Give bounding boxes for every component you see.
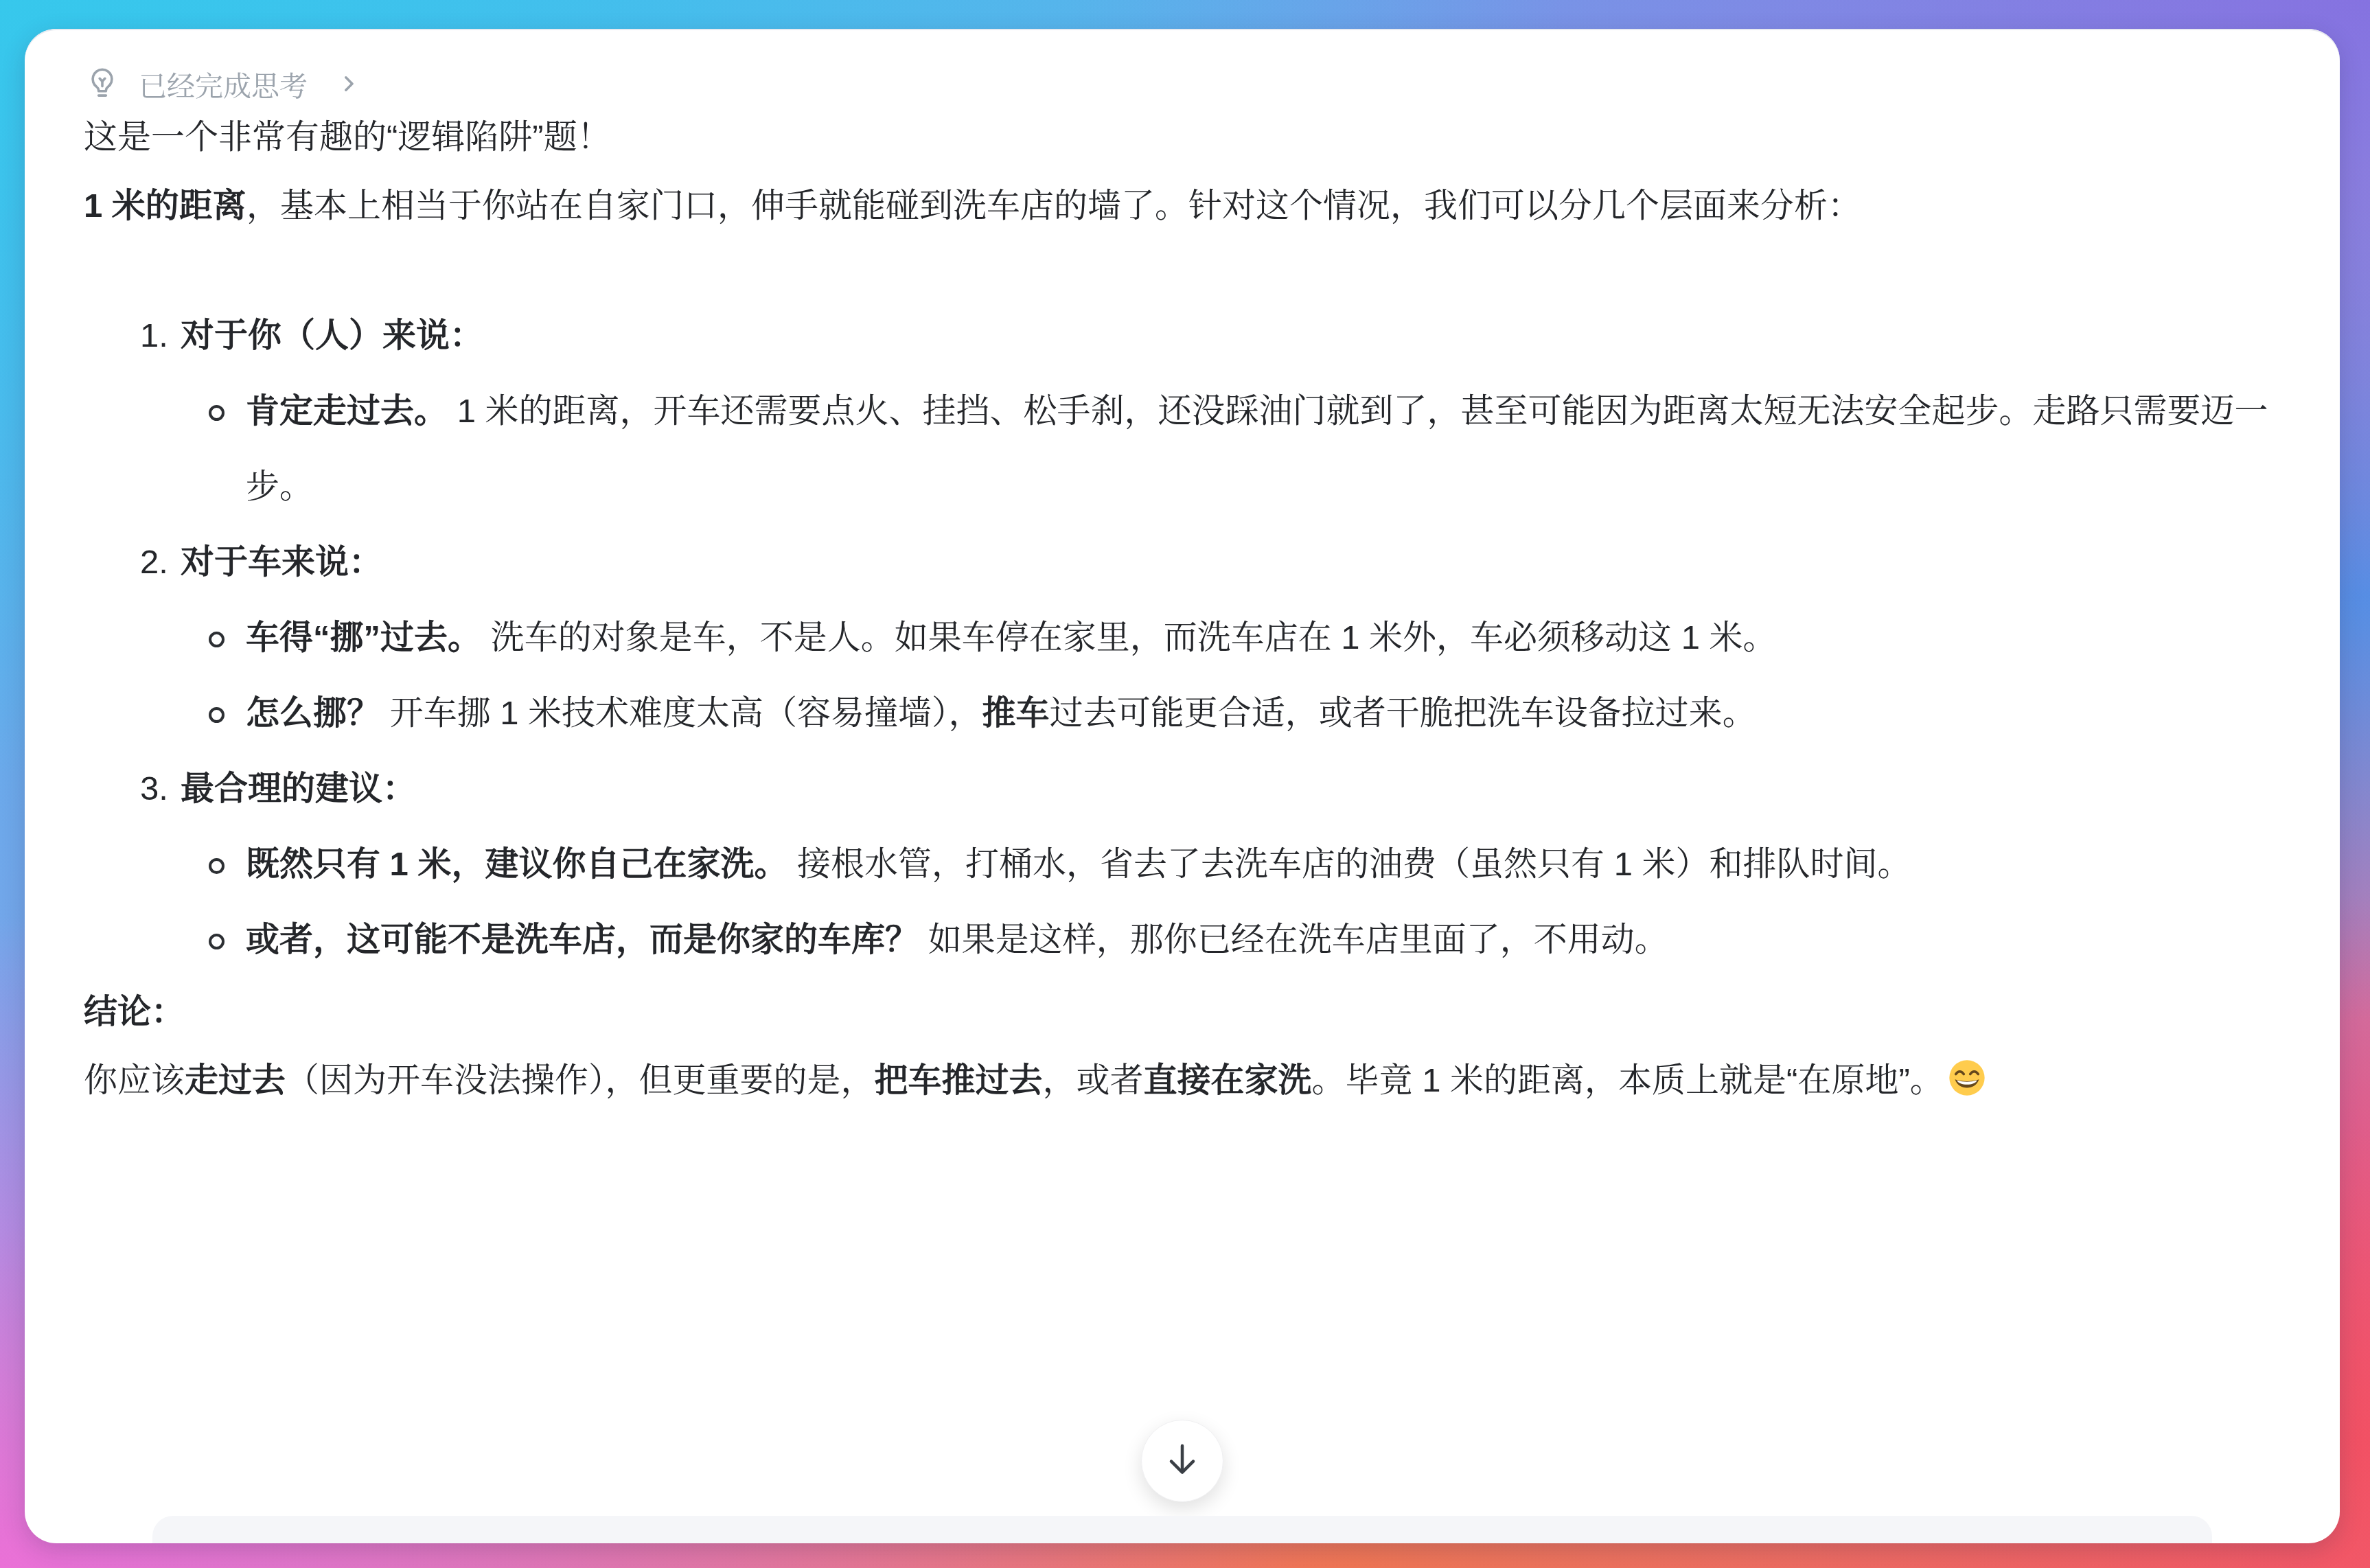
analysis-bullet: 既然只有 1 米，建议你自己在家洗。 接根水管，打桶水，省去了去洗车店的油费（虽… bbox=[207, 827, 2279, 902]
message-content: 已经完成思考 这是一个非常有趣的“逻辑陷阱”题！ 1 米的距离，基本上相当于你站… bbox=[25, 29, 2340, 1115]
assistant-message-card: 已经完成思考 这是一个非常有趣的“逻辑陷阱”题！ 1 米的距离，基本上相当于你站… bbox=[25, 29, 2340, 1543]
conclusion-paragraph: 你应该走过去（因为开车没法操作），但更重要的是，把车推过去，或者直接在家洗。毕竟… bbox=[84, 1046, 2279, 1115]
analysis-sublist: 车得“挪”过去。 洗车的对象是车，不是人。如果车停在家里，而洗车店在 1 米外，… bbox=[140, 600, 2279, 751]
analysis-item-heading: 对于车来说： bbox=[181, 544, 382, 581]
list-number: 1. bbox=[140, 298, 168, 373]
analysis-sublist: 肯定走过去。 1 米的距离，开车还需要点火、挂挡、松手刹，还没踩油门就到了，甚至… bbox=[140, 373, 2279, 524]
chevron-right-icon bbox=[335, 70, 363, 97]
analysis-list: 1.对于你（人）来说：肯定走过去。 1 米的距离，开车还需要点火、挂挡、松手刹，… bbox=[84, 298, 2279, 978]
analysis-bullet: 肯定走过去。 1 米的距离，开车还需要点火、挂挡、松手刹，还没踩油门就到了，甚至… bbox=[207, 373, 2279, 524]
list-number: 2. bbox=[140, 524, 168, 600]
analysis-item: 3.最合理的建议：既然只有 1 米，建议你自己在家洗。 接根水管，打桶水，省去了… bbox=[140, 751, 2279, 978]
intro-paragraph: 这是一个非常有趣的“逻辑陷阱”题！ bbox=[84, 103, 2279, 172]
analysis-sublist: 既然只有 1 米，建议你自己在家洗。 接根水管，打桶水，省去了去洗车店的油费（虽… bbox=[140, 827, 2279, 978]
conclusion-heading: 结论： bbox=[84, 978, 2279, 1046]
analysis-item-heading: 对于你（人）来说： bbox=[181, 317, 483, 354]
chat-page: { "thinking_header": { "label": "已经完成思考"… bbox=[0, 0, 2370, 1568]
thinking-status-toggle[interactable]: 已经完成思考 bbox=[84, 65, 363, 103]
grinning-face-emoji bbox=[1948, 1059, 1986, 1097]
analysis-item: 1.对于你（人）来说：肯定走过去。 1 米的距离，开车还需要点火、挂挡、松手刹，… bbox=[140, 298, 2279, 524]
setup-paragraph: 1 米的距离，基本上相当于你站在自家门口，伸手就能碰到洗车店的墙了。针对这个情况… bbox=[84, 172, 2279, 240]
scroll-to-bottom-button[interactable] bbox=[1141, 1420, 1223, 1502]
analysis-item-heading: 最合理的建议： bbox=[181, 770, 416, 807]
analysis-item: 2.对于车来说：车得“挪”过去。 洗车的对象是车，不是人。如果车停在家里，而洗车… bbox=[140, 524, 2279, 751]
analysis-bullet: 或者，这可能不是洗车店，而是你家的车库？ 如果是这样，那你已经在洗车店里面了，不… bbox=[207, 902, 2279, 978]
analysis-bullet: 怎么挪？ 开车挪 1 米技术难度太高（容易撞墙），推车过去可能更合适，或者干脆把… bbox=[207, 676, 2279, 751]
analysis-bullet: 车得“挪”过去。 洗车的对象是车，不是人。如果车停在家里，而洗车店在 1 米外，… bbox=[207, 600, 2279, 676]
lightbulb-icon bbox=[84, 65, 121, 102]
arrow-down-icon bbox=[1160, 1438, 1204, 1485]
thinking-status-label: 已经完成思考 bbox=[139, 64, 308, 104]
input-panel[interactable] bbox=[152, 1516, 2212, 1543]
list-number: 3. bbox=[140, 751, 168, 827]
